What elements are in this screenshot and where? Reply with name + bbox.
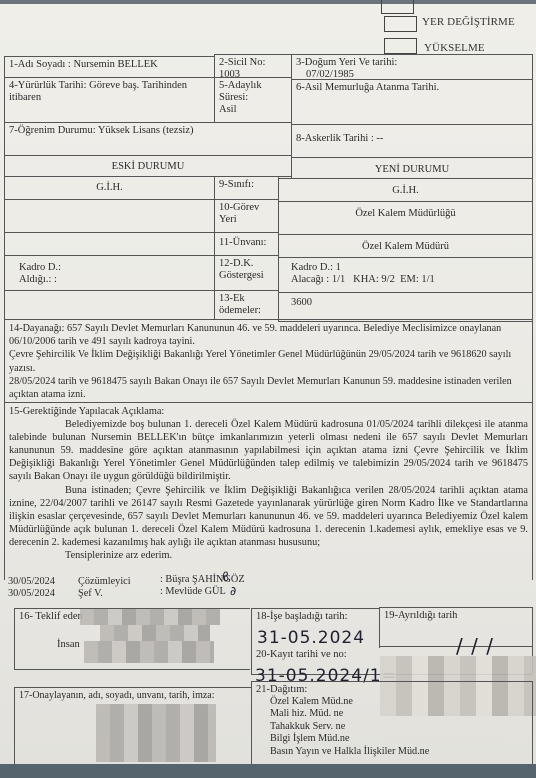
redacted-proposer-2: [100, 625, 210, 641]
distribution-item: Mali hiz. Müd. ne: [270, 708, 528, 720]
explanation-paragraph-1: Belediyemizde boş bulunan 1. dereceli Öz…: [9, 418, 528, 483]
field-name-text: 1-Adı Soyadı : Nursemin BELLEK: [9, 59, 158, 70]
signoff-2-role: Şef V.: [78, 588, 103, 601]
field-appointment-date: 6-Asil Memurluğa Atanma Tarihi.: [291, 79, 533, 125]
field-birth-label: 3-Doğum Yeri Ve tarihi:: [296, 57, 528, 69]
status-new-title: Özel Kalem Müdürü: [278, 234, 533, 258]
appointment-form-paper: YER DEĞİŞTİRME YÜKSELME 1-Adı Soyadı : N…: [0, 4, 536, 764]
field-candidate-period: 5-Adaylık Süresi: Asil: [214, 77, 292, 123]
field-military: 8-Askerlik Tarihi : --: [291, 124, 533, 158]
signoff-1-role: Çözümleyici: [78, 576, 131, 589]
checkbox-yukselme[interactable]: [384, 38, 417, 54]
signoff-2-name: : Mevlüde GÜL: [160, 586, 226, 599]
status-label-indicator: 12-D.K. Göstergesi: [214, 255, 279, 291]
status-new-extra-pay: 3600: [278, 292, 533, 322]
field-sicil: 2-Sicil No: 1003: [214, 54, 292, 78]
signoff-1-date: 30/05/2024: [8, 576, 55, 589]
explanation-section: 15-Gerektiğinde Yapılacak Açıklama: Bele…: [4, 402, 533, 580]
distribution-item: Tahakkuk Serv. ne: [270, 721, 528, 733]
basis-line-2: Çevre Şehircilik Ve İklim Değişikliği Ba…: [9, 348, 528, 374]
field-military-text: 8-Askerlik Tarihi : --: [296, 127, 528, 145]
status-new-class-text: G.İ.H.: [392, 185, 419, 196]
field-distribution: 21-Dağıtım: Özel Kalem Müd.ne Mali hiz. …: [251, 681, 533, 767]
status-label-extra-pay-text: 13-Ek ödemeler:: [219, 293, 261, 316]
signoff-2-date: 30/05/2024: [8, 588, 55, 601]
checkbox-yer-degistirme[interactable]: [384, 16, 417, 32]
field-leave-date-label: 19-Ayrıldığı tarih: [384, 610, 528, 622]
status-new-duty-place-text: Özel Kalem Müdürlüğü: [355, 208, 455, 219]
explanation-paragraph-2: Buna istinaden; Çevre Şehircilik ve İkli…: [9, 484, 528, 549]
checkbox-label-yer-degistirme: YER DEĞİŞTİRME: [422, 16, 515, 28]
field-education: 7-Öğrenim Durumu: Yüksek Lisans (tezsiz): [4, 122, 292, 156]
status-label-duty-place: 10-Görev Yeri: [214, 199, 279, 233]
status-old-class: G.İ.H.: [4, 176, 215, 200]
distribution-item: Özel Kalem Müd.ne: [270, 696, 528, 708]
status-new-indicator-text: Kadro D.: 1 Alacağı : 1/1 KHA: 9/2 EM: 1…: [291, 262, 435, 285]
status-new-indicator: Kadro D.: 1 Alacağı : 1/1 KHA: 9/2 EM: 1…: [278, 257, 533, 293]
basis-line-3: 28/05/2024 tarih ve 9618475 sayılı Bakan…: [9, 375, 528, 401]
explanation-title: 15-Gerektiğinde Yapılacak Açıklama:: [9, 405, 528, 418]
redacted-proposer-1: [80, 609, 220, 625]
field-education-text: 7-Öğrenim Durumu: Yüksek Lisans (tezsiz): [9, 125, 193, 136]
explanation-closing: Tensiplerinize arz ederim.: [9, 549, 528, 562]
field-candidate-period-value: Asil: [219, 104, 287, 116]
status-old-extra-pay: [4, 290, 215, 320]
old-status-header: ESKİ DURUMU: [4, 155, 292, 177]
signature-2: ∂: [230, 584, 237, 598]
field-appointment-date-text: 6-Asil Memurluğa Atanma Tarihi.: [296, 82, 439, 93]
field-birth: 3-Doğum Yeri Ve tarihi: 07/02/1985: [291, 54, 533, 80]
status-old-duty-place: [4, 199, 215, 233]
redacted-approver: [96, 704, 216, 762]
field-start-date-value: 31-05.2024: [257, 628, 365, 648]
status-old-indicator: Kadro D.: Aldığı.: :: [4, 255, 215, 291]
status-new-extra-pay-text: 3600: [291, 297, 312, 308]
new-status-header: YENİ DURUMU: [291, 157, 533, 179]
field-candidate-period-label: 5-Adaylık Süresi:: [219, 80, 287, 104]
status-label-class: 9-Sınıfı:: [214, 176, 279, 200]
status-old-title: [4, 232, 215, 256]
new-status-header-text: YENİ DURUMU: [375, 164, 449, 175]
distribution-item: Basın Yayın ve Halkla İlişkiler Müd.ne: [270, 746, 528, 758]
redacted-proposer-3: [84, 641, 214, 663]
status-new-class: G.İ.H.: [278, 178, 533, 202]
status-new-duty-place: Özel Kalem Müdürlüğü: [278, 201, 533, 235]
status-old-indicator-text: Kadro D.: Aldığı.: :: [19, 262, 61, 285]
status-label-extra-pay: 13-Ek ödemeler:: [214, 290, 279, 320]
status-label-title-text: 11-Ünvanı:: [219, 237, 266, 248]
checkbox-label-yukselme: YÜKSELME: [424, 42, 485, 54]
field-start-date-label: 18-İşe başladığı tarih:: [256, 611, 375, 623]
field-approver-label: 17-Onaylayanın, adı, soyadı, unvanı, tar…: [19, 690, 247, 702]
distribution-list: Özel Kalem Müd.ne Mali hiz. Müd. ne Taha…: [256, 696, 528, 758]
status-new-title-text: Özel Kalem Müdürü: [362, 241, 449, 252]
photo-bottom-edge: [0, 764, 536, 778]
distribution-item: Bilgi İşlem Müd.ne: [270, 733, 528, 745]
status-label-title: 11-Ünvanı:: [214, 232, 279, 256]
signature-1: ϐ: [222, 570, 230, 584]
status-label-indicator-text: 12-D.K. Göstergesi: [219, 258, 264, 281]
status-old-class-text: G.İ.H.: [96, 182, 123, 193]
old-status-header-text: ESKİ DURUMU: [112, 161, 185, 172]
field-effective-date-text: 4-Yürürlük Tarihi: Göreve baş. Tarihinde…: [9, 80, 187, 103]
basis-line-1: 14-Dayanağı: 657 Sayılı Devlet Memurları…: [9, 322, 528, 348]
field-name: 1-Adı Soyadı : Nursemin BELLEK: [4, 56, 215, 78]
field-effective-date: 4-Yürürlük Tarihi: Göreve baş. Tarihinde…: [4, 77, 215, 123]
field-distribution-label: 21-Dağıtım:: [256, 684, 528, 696]
checkbox-hidden-top[interactable]: [381, 0, 414, 14]
status-label-duty-place-text: 10-Görev Yeri: [219, 202, 259, 225]
field-sicil-label: 2-Sicil No:: [219, 57, 287, 69]
status-label-class-text: 9-Sınıfı:: [219, 179, 254, 190]
basis-section: 14-Dayanağı: 657 Sayılı Devlet Memurları…: [4, 319, 533, 403]
